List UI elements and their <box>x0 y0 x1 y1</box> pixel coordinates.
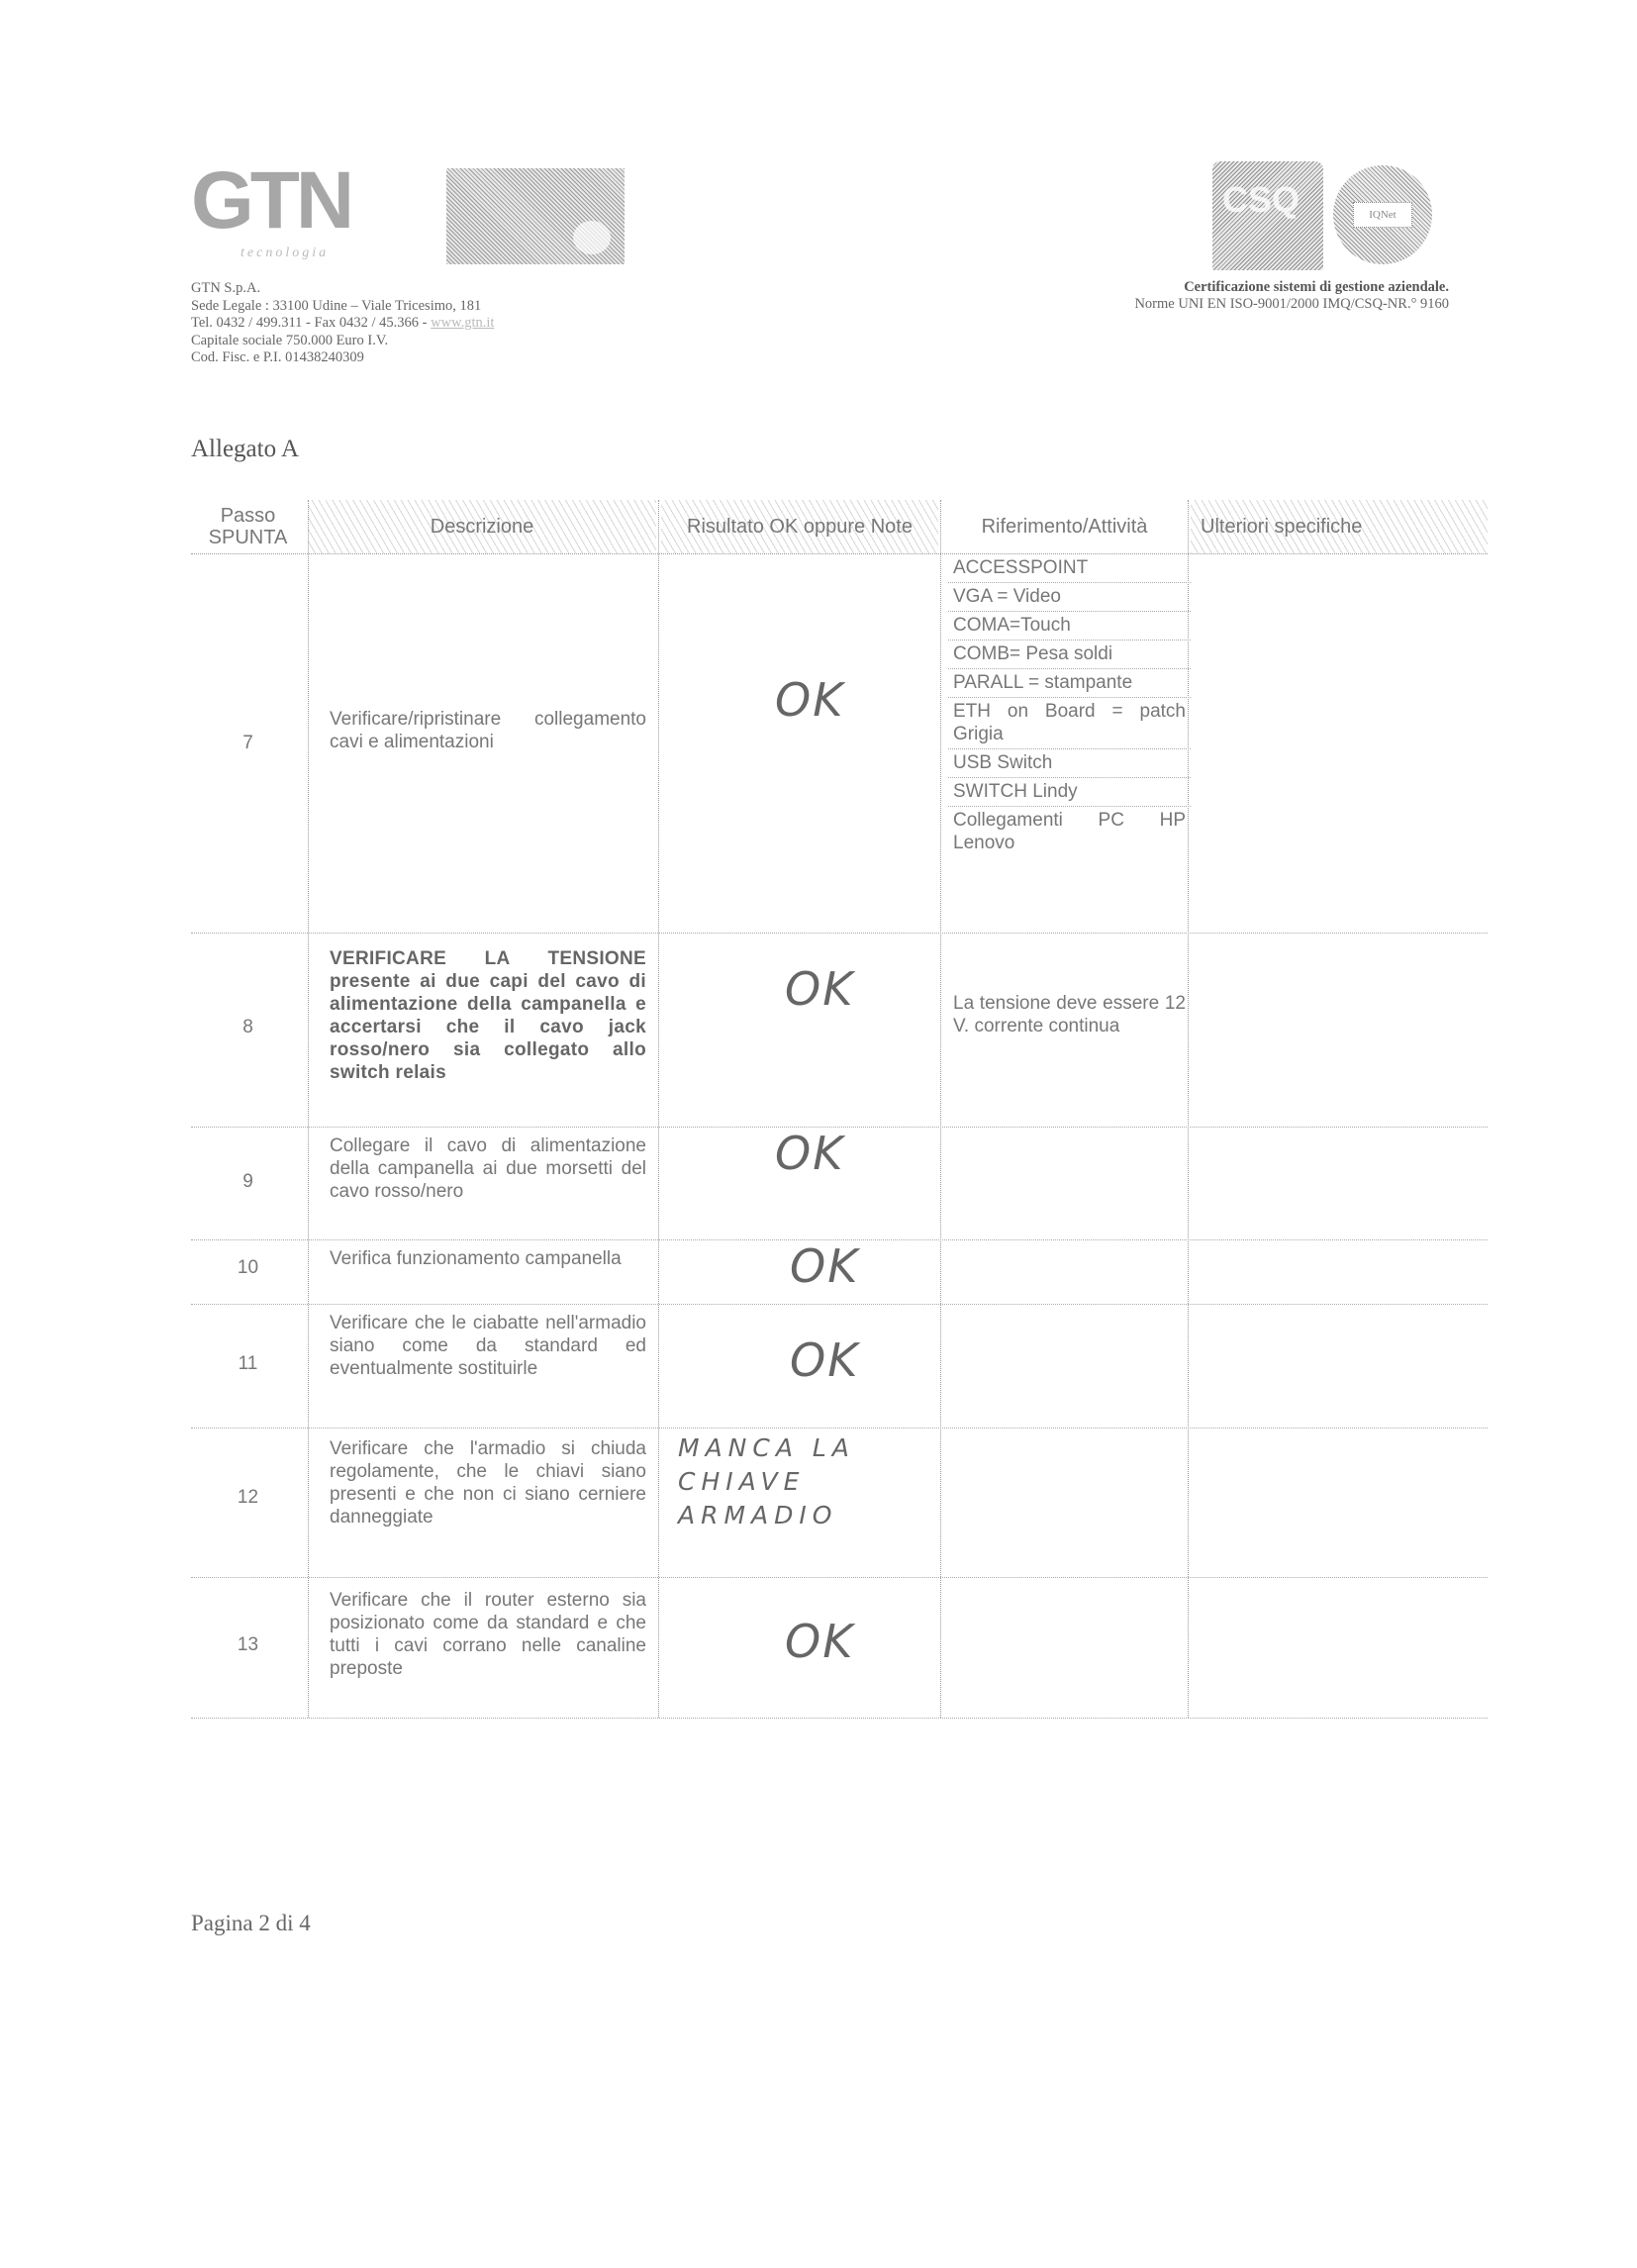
table-row: 13 Verificare che il router esterno sia … <box>191 1577 1488 1718</box>
handwritten-ok: OK <box>790 1239 859 1293</box>
handwritten-note-line: CHIAVE <box>666 1465 933 1499</box>
header-result: Risultato OK oppure Note <box>661 500 938 553</box>
row-description: VERIFICARE LA TENSIONE presente ai due c… <box>330 947 646 1084</box>
table-header: Passo SPUNTA Descrizione Risultato OK op… <box>191 500 1488 554</box>
row-step: 8 <box>191 1017 305 1038</box>
company-info: GTN S.p.A. Sede Legale : 33100 Udine – V… <box>191 280 494 367</box>
row-description: Verificare/ripristinare collegamento cav… <box>330 708 646 753</box>
gtn-logo: GTN tecnologia <box>191 166 625 265</box>
table-row: 8 VERIFICARE LA TENSIONE presente ai due… <box>191 933 1488 1127</box>
certification-logos: CSQ IQNet <box>1212 161 1435 270</box>
row-reference: La tensione deve essere 12 V. corrente c… <box>948 992 1191 1037</box>
reference-item: ETH on Board = patch Grigia <box>948 698 1191 749</box>
company-phone: Tel. 0432 / 499.311 - Fax 0432 / 45.366 … <box>191 315 494 333</box>
reference-item: COMA=Touch <box>948 612 1191 641</box>
company-url-link[interactable]: www.gtn.it <box>431 315 494 331</box>
row-description: Verificare che le ciabatte nell'armadio … <box>330 1312 646 1380</box>
table-row: 9 Collegare il cavo di alimentazione del… <box>191 1127 1488 1239</box>
reference-item: ACCESSPOINT <box>948 554 1191 583</box>
row-description: Verificare che l'armadio si chiuda regol… <box>330 1437 646 1528</box>
reference-item: USB Switch <box>948 749 1191 778</box>
row-step: 9 <box>191 1171 305 1193</box>
header-reference: Riferimento/Attività <box>943 500 1186 553</box>
company-tax-id: Cod. Fisc. e P.I. 01438240309 <box>191 349 494 367</box>
certification-text: Certificazione sistemi di gestione azien… <box>1134 279 1449 313</box>
iqnet-logo: IQNet <box>1333 165 1432 264</box>
handwritten-ok: OK <box>775 673 844 727</box>
gtn-logo-word: GTN <box>191 166 350 236</box>
row-step: 13 <box>191 1634 305 1656</box>
row-reference-list: ACCESSPOINT VGA = Video COMA=Touch COMB=… <box>948 554 1191 857</box>
company-address: Sede Legale : 33100 Udine – Viale Trices… <box>191 298 494 316</box>
handwritten-ok: OK <box>790 1333 859 1387</box>
row-step: 10 <box>191 1257 305 1279</box>
row-description: Verificare che il router esterno sia pos… <box>330 1589 646 1680</box>
csq-logo: CSQ <box>1212 161 1323 270</box>
row-result-note: MANCA LA CHIAVE ARMADIO <box>666 1431 933 1532</box>
page-number: Pagina 2 di 4 <box>191 1911 311 1936</box>
handwritten-note-line: ARMADIO <box>666 1499 933 1532</box>
reference-item: SWITCH Lindy <box>948 778 1191 807</box>
page-title: Allegato A <box>191 436 299 463</box>
row-description: Verifica funzionamento campanella <box>330 1247 646 1270</box>
handwritten-ok: OK <box>785 962 854 1016</box>
gtn-logo-graphic <box>446 168 625 264</box>
table-row: 11 Verificare che le ciabatte nell'armad… <box>191 1304 1488 1428</box>
header-step: Passo SPUNTA <box>191 500 305 553</box>
reference-item: PARALL = stampante <box>948 669 1191 698</box>
row-step: 12 <box>191 1487 305 1509</box>
reference-item: VGA = Video <box>948 583 1191 612</box>
gtn-logo-tagline: tecnologia <box>241 246 329 261</box>
row-description: Collegare il cavo di alimentazione della… <box>330 1134 646 1203</box>
company-name: GTN S.p.A. <box>191 280 494 298</box>
row-step: 11 <box>191 1353 305 1375</box>
header-description: Descrizione <box>308 500 656 553</box>
table-row: 10 Verifica funzionamento campanella OK <box>191 1239 1488 1304</box>
table-row: 12 Verificare che l'armadio si chiuda re… <box>191 1428 1488 1577</box>
reference-item: COMB= Pesa soldi <box>948 641 1191 669</box>
handwritten-note-line: MANCA LA <box>666 1431 933 1465</box>
reference-item: Collegamenti PC HP Lenovo <box>948 807 1191 857</box>
row-step: 7 <box>191 733 305 754</box>
company-capital: Capitale sociale 750.000 Euro I.V. <box>191 333 494 350</box>
header-notes: Ulteriori specifiche <box>1191 500 1497 553</box>
handwritten-ok: OK <box>775 1127 844 1180</box>
table-row: 7 Verificare/ripristinare collegamento c… <box>191 554 1488 933</box>
handwritten-ok: OK <box>785 1615 854 1668</box>
